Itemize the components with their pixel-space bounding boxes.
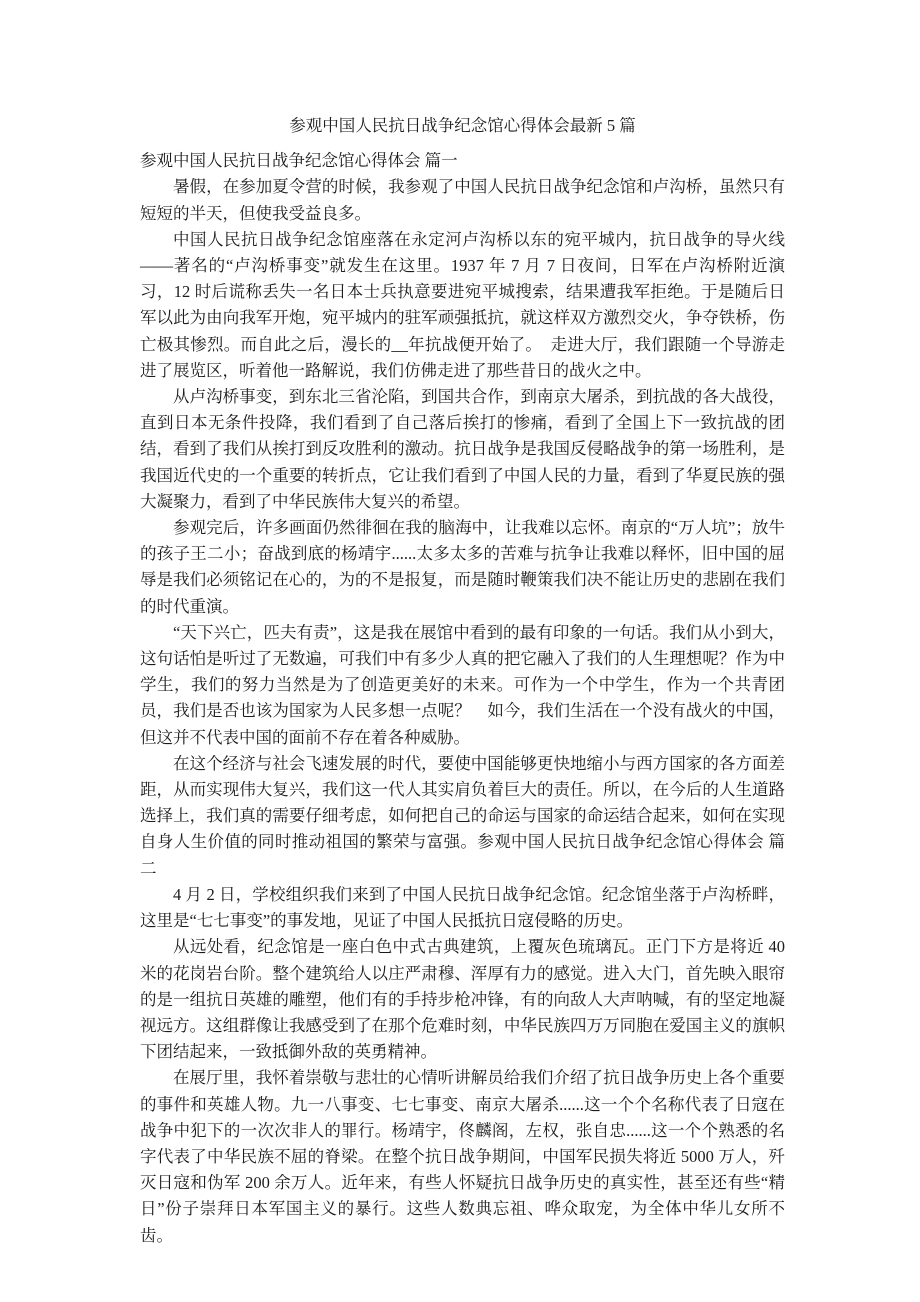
body-paragraph: 4 月 2 日，学校组织我们来到了中国人民抗日战争纪念馆。纪念馆坐落于卢沟桥畔，…: [140, 882, 785, 934]
document-title: 参观中国人民抗日战争纪念馆心得体会最新 5 篇: [140, 113, 785, 139]
body-paragraph: 暑假，在参加夏令营的时候，我参观了中国人民抗日战争纪念馆和卢沟桥，虽然只有短短的…: [140, 174, 785, 226]
body-paragraph: 在展厅里，我怀着崇敬与悲壮的心情听讲解员给我们介绍了抗日战争历史上各个重要的事件…: [140, 1065, 785, 1248]
paragraph-list: 参观中国人民抗日战争纪念馆心得体会 篇一暑假，在参加夏令营的时候，我参观了中国人…: [140, 148, 785, 1249]
section-heading: 参观中国人民抗日战争纪念馆心得体会 篇一: [140, 148, 785, 174]
body-paragraph: 在这个经济与社会飞速发展的时代，要使中国能够更快地缩小与西方国家的各方面差距，从…: [140, 751, 785, 882]
body-paragraph: 中国人民抗日战争纪念馆座落在永定河卢沟桥以东的宛平城内，抗日战争的导火线——著名…: [140, 227, 785, 384]
body-paragraph: 参观完后，许多画面仍然徘徊在我的脑海中，让我难以忘怀。南京的“万人坑”；放牛的孩…: [140, 515, 785, 620]
document-page: 参观中国人民抗日战争纪念馆心得体会最新 5 篇 参观中国人民抗日战争纪念馆心得体…: [0, 0, 920, 1302]
body-paragraph: 从卢沟桥事变，到东北三省沦陷，到国共合作，到南京大屠杀，到抗战的各大战役，直到日…: [140, 384, 785, 515]
body-paragraph: “天下兴亡，匹夫有责”，这是我在展馆中看到的最有印象的一句话。我们从小到大，这句…: [140, 620, 785, 751]
body-paragraph: 从远处看，纪念馆是一座白色中式古典建筑，上覆灰色琉璃瓦。正门下方是将近 40 米…: [140, 934, 785, 1065]
